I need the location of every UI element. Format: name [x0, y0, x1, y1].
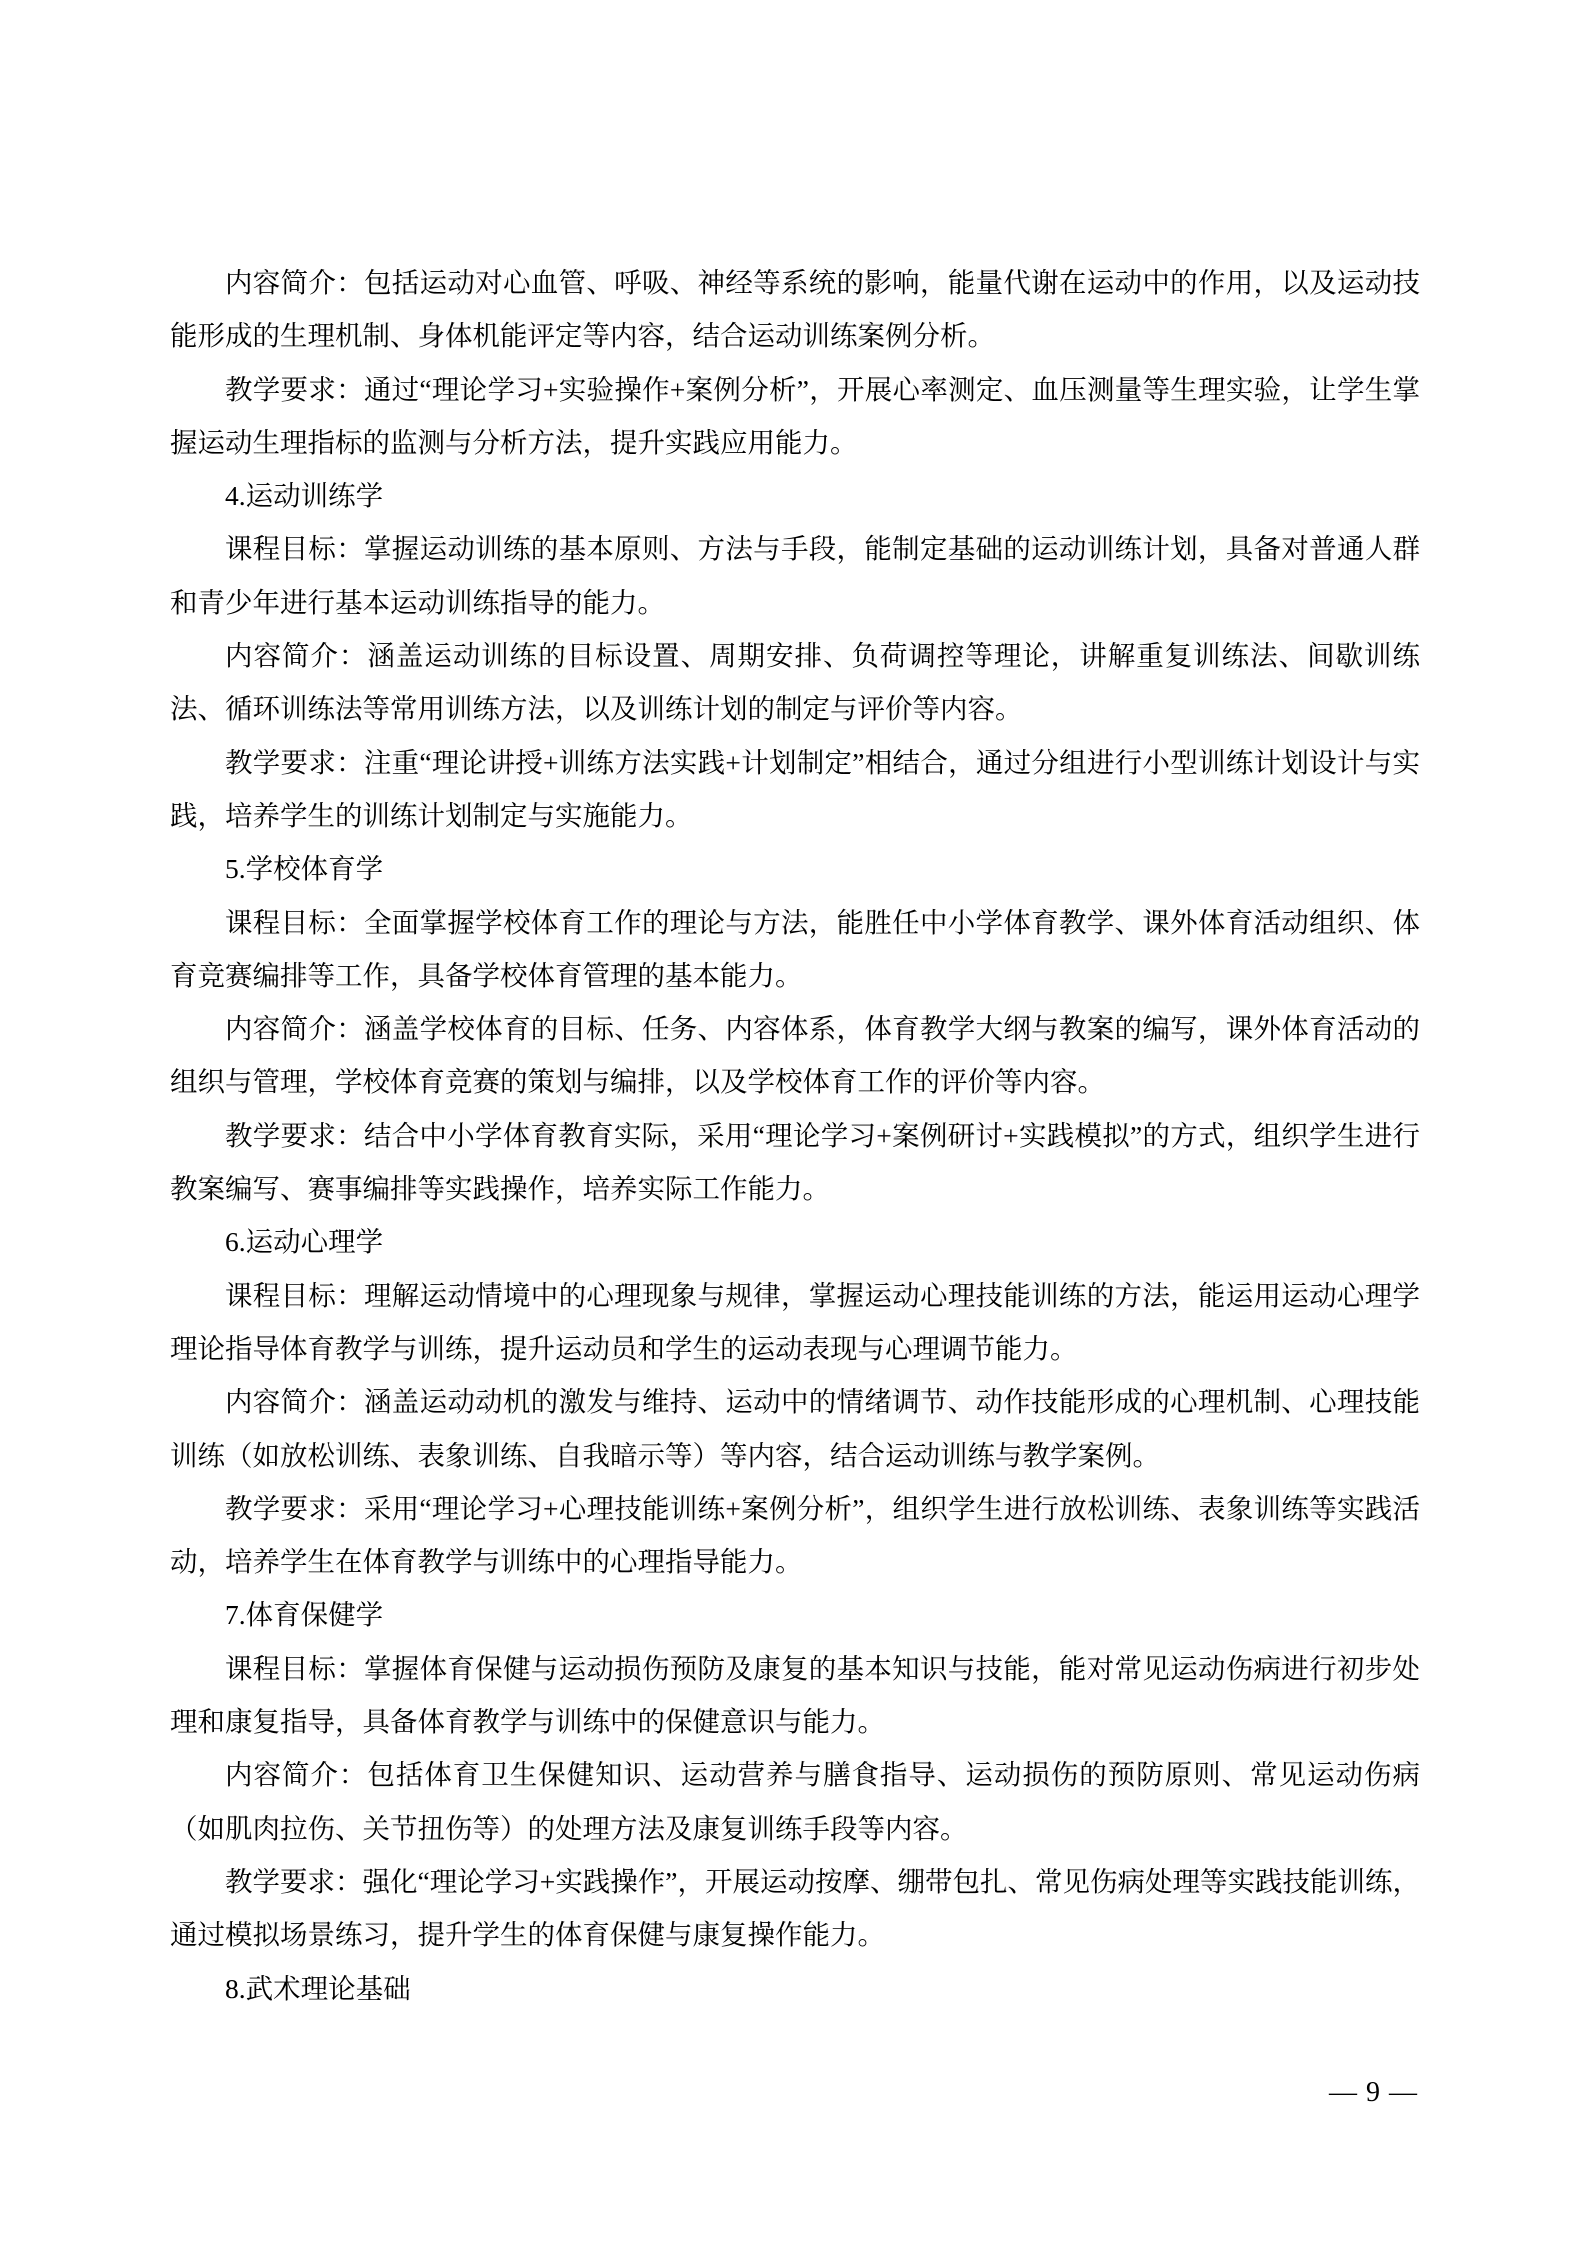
- paragraph: 教学要求：强化“理论学习+实践操作”，开展运动按摩、绷带包扎、常见伤病处理等实践…: [170, 1855, 1420, 1962]
- paragraph: 课程目标：理解运动情境中的心理现象与规律，掌握运动心理技能训练的方法，能运用运动…: [170, 1269, 1420, 1376]
- paragraph: 内容简介：涵盖学校体育的目标、任务、内容体系，体育教学大纲与教案的编写，课外体育…: [170, 1002, 1420, 1109]
- paragraph: 课程目标：全面掌握学校体育工作的理论与方法，能胜任中小学体育教学、课外体育活动组…: [170, 896, 1420, 1003]
- section-heading: 5.学校体育学: [170, 842, 1420, 895]
- paragraph: 课程目标：掌握运动训练的基本原则、方法与手段，能制定基础的运动训练计划，具备对普…: [170, 522, 1420, 629]
- paragraph: 课程目标：掌握体育保健与运动损伤预防及康复的基本知识与技能，能对常见运动伤病进行…: [170, 1642, 1420, 1749]
- document-page: 内容简介：包括运动对心血管、呼吸、神经等系统的影响，能量代谢在运动中的作用，以及…: [0, 0, 1587, 2245]
- document-body: 内容简介：包括运动对心血管、呼吸、神经等系统的影响，能量代谢在运动中的作用，以及…: [170, 256, 1420, 2015]
- paragraph: 内容简介：包括运动对心血管、呼吸、神经等系统的影响，能量代谢在运动中的作用，以及…: [170, 256, 1420, 363]
- paragraph: 教学要求：注重“理论讲授+训练方法实践+计划制定”相结合，通过分组进行小型训练计…: [170, 736, 1420, 843]
- section-heading: 8.武术理论基础: [170, 1962, 1420, 2015]
- paragraph: 内容简介：包括体育卫生保健知识、运动营养与膳食指导、运动损伤的预防原则、常见运动…: [170, 1748, 1420, 1855]
- section-heading: 7.体育保健学: [170, 1588, 1420, 1641]
- paragraph: 教学要求：采用“理论学习+心理技能训练+案例分析”，组织学生进行放松训练、表象训…: [170, 1482, 1420, 1589]
- paragraph: 内容简介：涵盖运动动机的激发与维持、运动中的情绪调节、动作技能形成的心理机制、心…: [170, 1375, 1420, 1482]
- paragraph: 教学要求：结合中小学体育教育实际，采用“理论学习+案例研讨+实践模拟”的方式，组…: [170, 1109, 1420, 1216]
- section-heading: 4.运动训练学: [170, 469, 1420, 522]
- paragraph: 教学要求：通过“理论学习+实验操作+案例分析”，开展心率测定、血压测量等生理实验…: [170, 363, 1420, 470]
- page-number: — 9 —: [1329, 2078, 1418, 2109]
- paragraph: 内容简介：涵盖运动训练的目标设置、周期安排、负荷调控等理论，讲解重复训练法、间歇…: [170, 629, 1420, 736]
- section-heading: 6.运动心理学: [170, 1215, 1420, 1268]
